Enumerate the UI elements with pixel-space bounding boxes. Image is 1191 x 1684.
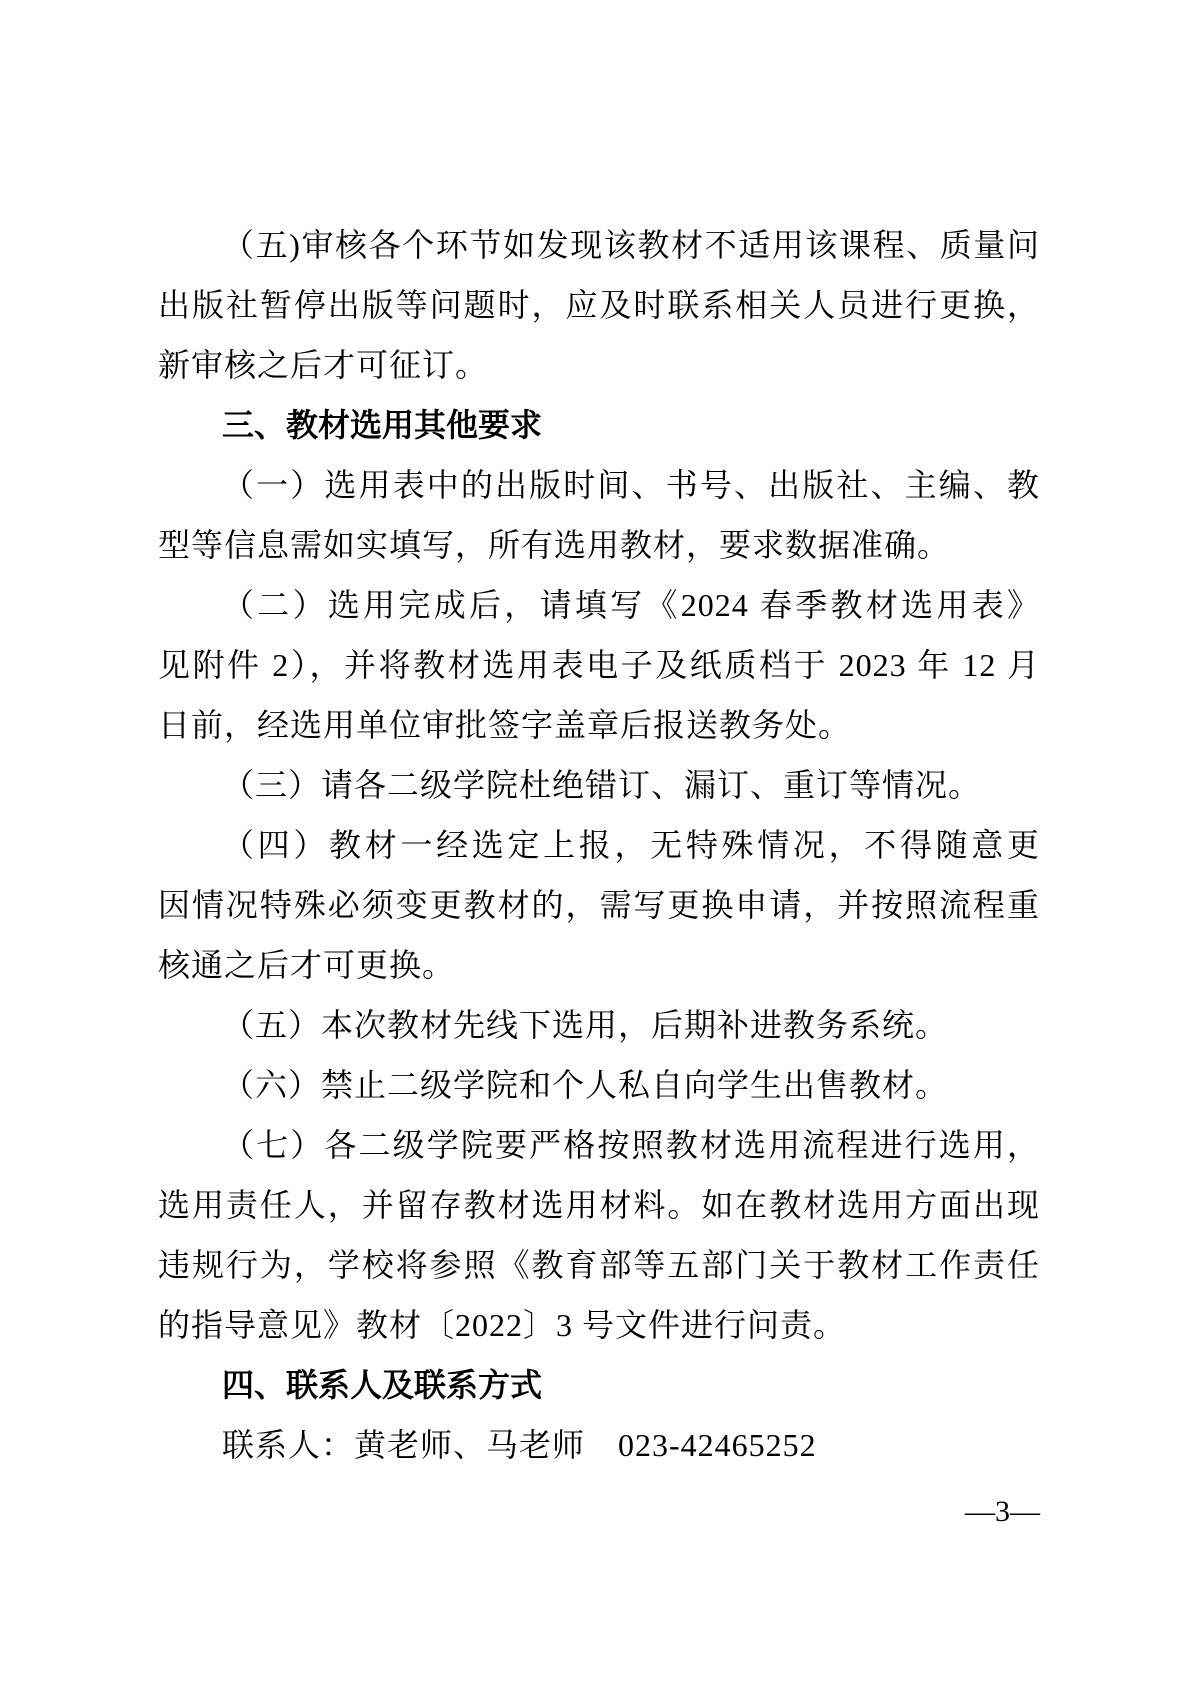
text-line: （三）请各二级学院杜绝错订、漏订、重订等情况。 — [158, 755, 1040, 815]
section-heading: 三、教材选用其他要求 — [158, 395, 1040, 455]
text-line: 核通之后才可更换。 — [158, 935, 1040, 995]
text-line: 违规行为，学校将参照《教育部等五部门关于教材工作责任追究 — [158, 1235, 1040, 1295]
text-line: 见附件 2），并将教材选用表电子及纸质档于 2023 年 12 月 22 — [158, 635, 1040, 695]
document-body: （五)审核各个环节如发现该教材不适用该课程、质量问题、出版社暂停出版等问题时，应… — [158, 215, 1040, 1475]
text-line: （五）本次教材先线下选用，后期补进教务系统。 — [158, 995, 1040, 1055]
text-line: 因情况特殊必须变更教材的，需写更换申请，并按照流程重新审 — [158, 875, 1040, 935]
text-line: 日前，经选用单位审批签字盖章后报送教务处。 — [158, 695, 1040, 755]
text-line: （六）禁止二级学院和个人私自向学生出售教材。 — [158, 1055, 1040, 1115]
text-line: （七）各二级学院要严格按照教材选用流程进行选用，落实 — [158, 1115, 1040, 1175]
text-line: 的指导意见》教材〔2022〕3 号文件进行问责。 — [158, 1295, 1040, 1355]
text-line: 选用责任人，并留存教材选用材料。如在教材选用方面出现违法 — [158, 1175, 1040, 1235]
text-line: （一）选用表中的出版时间、书号、出版社、主编、教材类 — [158, 455, 1040, 515]
text-line: 联系人：黄老师、马老师 023-42465252 — [158, 1415, 1040, 1475]
text-line: 型等信息需如实填写，所有选用教材，要求数据准确。 — [158, 515, 1040, 575]
text-line: （二）选用完成后，请填写《2024 春季教材选用表》（详 — [158, 575, 1040, 635]
text-line: （五)审核各个环节如发现该教材不适用该课程、质量问题、 — [158, 215, 1040, 275]
text-line: 新审核之后才可征订。 — [158, 335, 1040, 395]
page-number: —3— — [965, 1492, 1040, 1532]
document-page: （五)审核各个环节如发现该教材不适用该课程、质量问题、出版社暂停出版等问题时，应… — [0, 0, 1191, 1684]
text-line: 出版社暂停出版等问题时，应及时联系相关人员进行更换，并重 — [158, 275, 1040, 335]
section-heading: 四、联系人及联系方式 — [158, 1355, 1040, 1415]
text-line: （四）教材一经选定上报，无特殊情况，不得随意更改。确 — [158, 815, 1040, 875]
